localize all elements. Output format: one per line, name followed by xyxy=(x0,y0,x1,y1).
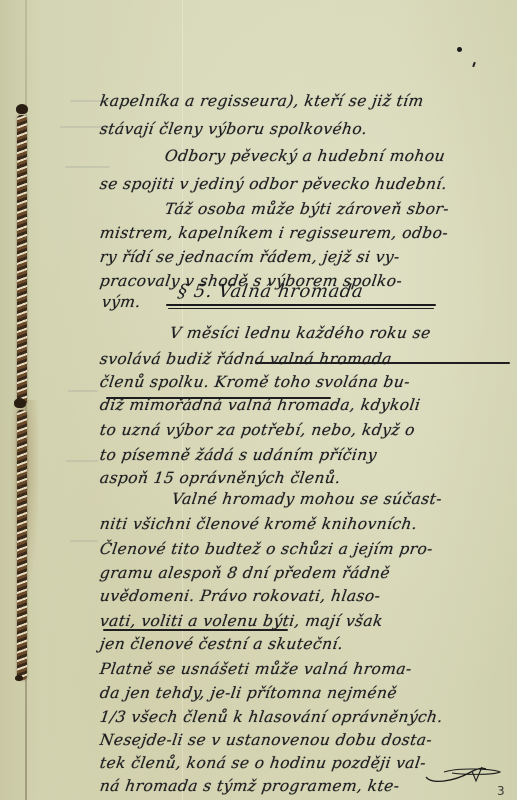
signature-flourish-icon xyxy=(424,763,504,785)
bleed-through-mark xyxy=(66,460,98,462)
text-underline xyxy=(103,629,288,631)
text-underline xyxy=(106,397,331,399)
text-line: kapelníka a regisseura), kteří se již tí… xyxy=(99,92,517,110)
text-line: jen členové čestní a skuteční. xyxy=(99,635,517,653)
heading-underline-secondary xyxy=(168,308,434,309)
text-line: Nesejde-li se v ustanovenou dobu dosta- xyxy=(99,731,517,749)
text-line: Valné hromady mohou se súčast- xyxy=(171,490,517,508)
text-line: stávají členy výboru spolkového. xyxy=(99,120,517,138)
text-line: uvědomeni. Právo rokovati, hlaso- xyxy=(99,587,517,605)
binding-knot-bottom xyxy=(15,675,23,681)
bleed-through-mark xyxy=(68,390,98,392)
text-line: ry řídí se jednacím řádem, jejž si vy- xyxy=(99,248,517,266)
section-heading: § 5. Valná hromada xyxy=(177,281,365,302)
text-line: 1/3 všech členů k hlasování oprávněných. xyxy=(99,708,517,726)
text-line: da jen tehdy, je-li přítomna nejméně xyxy=(99,684,517,702)
ink-spot xyxy=(457,47,462,52)
text-line: niti všichni členové kromě knihovních. xyxy=(99,515,517,533)
bleed-through-mark xyxy=(70,540,98,542)
binding-cord-lower xyxy=(17,410,27,680)
section-number: § 5. xyxy=(177,281,214,302)
section-title: Valná hromada xyxy=(217,281,365,302)
text-line: aspoň 15 oprávněných členů. xyxy=(99,469,517,487)
text-line: gramu alespoň 8 dní předem řádně xyxy=(99,564,517,582)
text-line: diž mimořádná valná hromada, kdykoli xyxy=(99,396,517,414)
manuscript-page: kapelníka a regisseura), kteří se již tí… xyxy=(0,0,517,800)
page-number: 3 xyxy=(497,784,505,798)
text-underline xyxy=(255,362,510,364)
binding-knot-middle xyxy=(14,398,26,408)
text-line: vati, voliti a volenu býti, mají však xyxy=(99,612,517,630)
text-line: V měsíci lednu každého roku se xyxy=(169,324,517,342)
binding-knot-top xyxy=(16,104,28,114)
text-line: svolává budiž řádná valná hromada xyxy=(99,350,517,368)
ink-mark xyxy=(472,62,476,67)
text-line: Platně se usnášeti může valná hroma- xyxy=(99,660,517,678)
bleed-through-mark xyxy=(65,166,110,168)
text-line: to uzná výbor za potřebí, nebo, když o xyxy=(99,421,517,439)
text-line: mistrem, kapelníkem i regisseurem, odbo- xyxy=(99,224,517,242)
binding-cord-upper xyxy=(17,115,27,405)
text-line: to písemně žádá s udáním příčiny xyxy=(99,446,517,464)
text-line: Táž osoba může býti zároveň sbor- xyxy=(164,200,517,218)
text-line: členů spolku. Kromě toho svolána bu- xyxy=(99,373,517,391)
text-line: se spojiti v jediný odbor pěvecko hudebn… xyxy=(99,175,517,193)
text-line: Členové tito budtež o schůzi a jejím pro… xyxy=(99,540,517,558)
text-line: Odbory pěvecký a hudební mohou xyxy=(164,147,517,165)
heading-underline xyxy=(166,304,436,306)
